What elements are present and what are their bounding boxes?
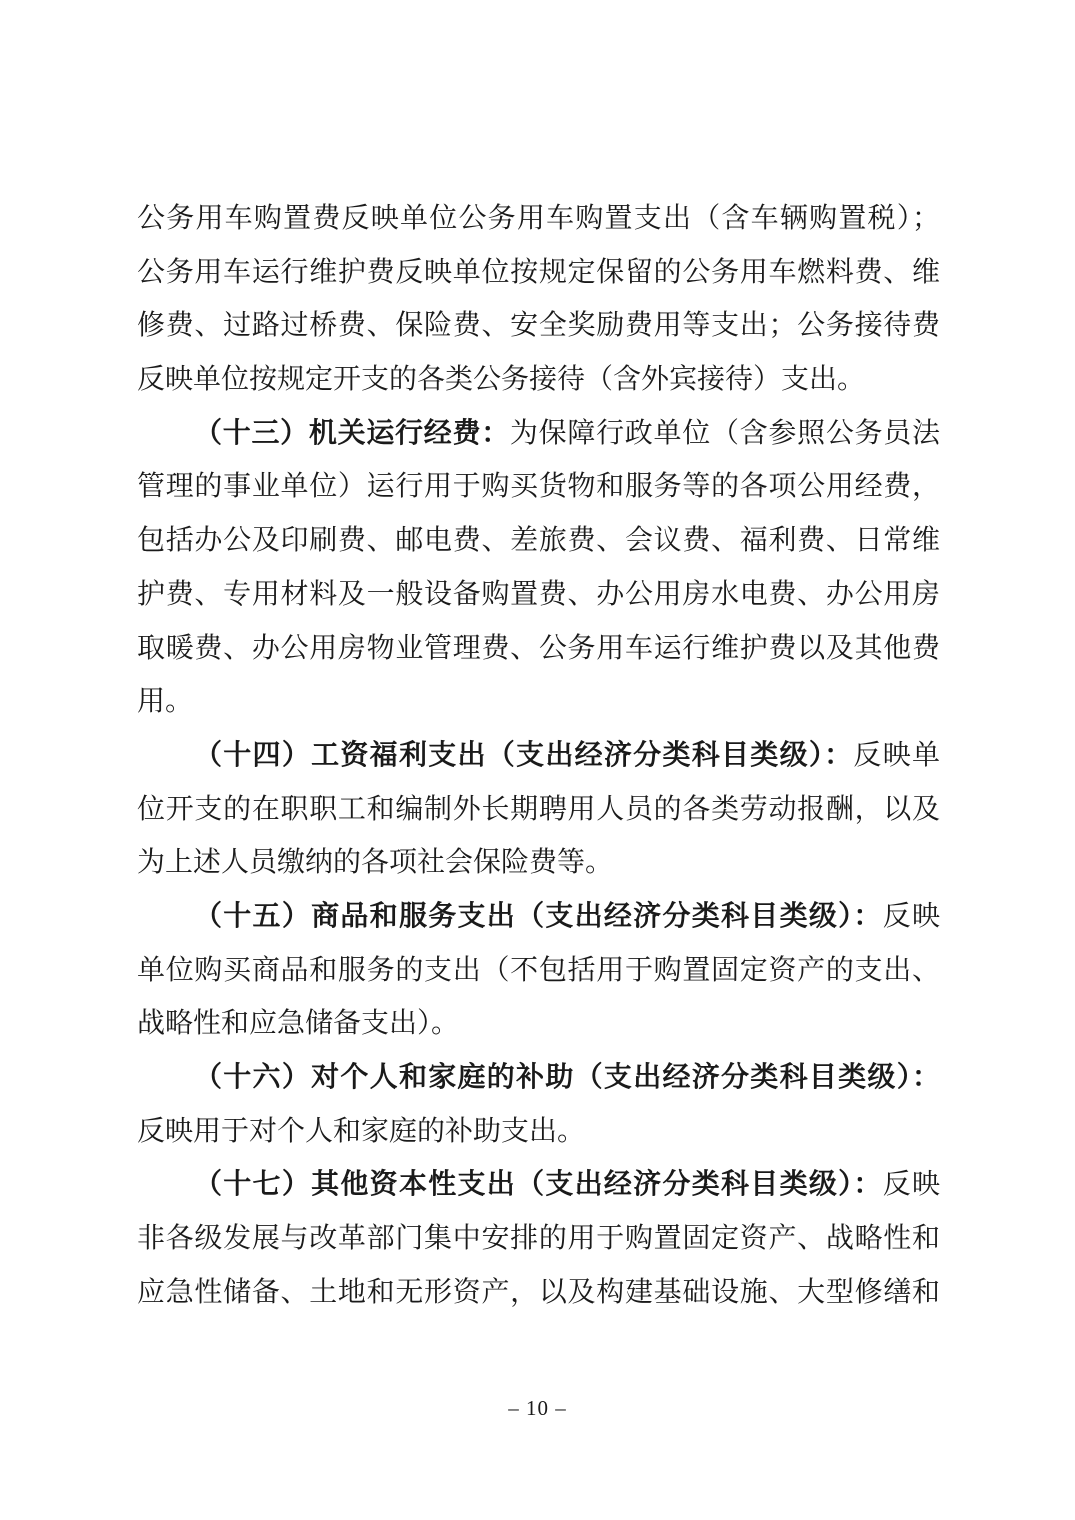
text-segment: 应急性储备、土地和无形资产，以及构建基础设施、大型修缮和 xyxy=(137,1277,940,1308)
text-line: 公务用车运行维护费反映单位按规定保留的公务用车燃料费、维 xyxy=(137,246,940,300)
text-line: 包括办公及印刷费、邮电费、差旅费、会议费、福利费、日常维 xyxy=(137,514,940,568)
heading-segment: （十七）其他资本性支出（支出经济分类科目类级）： xyxy=(194,1169,883,1200)
text-segment: 反映 xyxy=(883,1169,940,1200)
text-segment: 包括办公及印刷费、邮电费、差旅费、会议费、福利费、日常维 xyxy=(137,525,940,556)
text-line: 管理的事业单位）运行用于购买货物和服务等的各项公用经费， xyxy=(137,460,940,514)
text-segment: 护费、专用材料及一般设备购置费、办公用房水电费、办公用房 xyxy=(137,579,940,610)
text-line: （十六）对个人和家庭的补助（支出经济分类科目类级）： xyxy=(137,1051,940,1105)
text-segment: 管理的事业单位）运行用于购买货物和服务等的各项公用经费， xyxy=(137,471,940,502)
text-line: 护费、专用材料及一般设备购置费、办公用房水电费、办公用房 xyxy=(137,568,940,622)
document-body: 公务用车购置费反映单位公务用车购置支出（含车辆购置税）；公务用车运行维护费反映单… xyxy=(137,192,940,1319)
text-segment: 为保障行政单位（含参照公务员法 xyxy=(510,418,940,449)
text-segment: 非各级发展与改革部门集中安排的用于购置固定资产、战略性和 xyxy=(137,1223,940,1254)
text-segment: 单位购买商品和服务的支出（不包括用于购置固定资产的支出、 xyxy=(137,955,940,986)
text-segment: 反映单 xyxy=(853,740,940,771)
text-segment: 战略性和应急储备支出）。 xyxy=(137,1008,459,1039)
text-line: 为上述人员缴纳的各项社会保险费等。 xyxy=(137,836,940,890)
heading-segment: （十四）工资福利支出（支出经济分类科目类级）： xyxy=(194,740,853,771)
text-line: （十三）机关运行经费：为保障行政单位（含参照公务员法 xyxy=(137,407,940,461)
heading-segment: （十三）机关运行经费： xyxy=(194,418,510,449)
text-segment: 反映单位按规定开支的各类公务接待（含外宾接待）支出。 xyxy=(137,364,865,395)
text-segment: 用。 xyxy=(137,686,193,717)
text-line: （十四）工资福利支出（支出经济分类科目类级）：反映单 xyxy=(137,729,940,783)
text-line: 用。 xyxy=(137,675,940,729)
text-line: 应急性储备、土地和无形资产，以及构建基础设施、大型修缮和 xyxy=(137,1266,940,1320)
text-line: 取暖费、办公用房物业管理费、公务用车运行维护费以及其他费 xyxy=(137,622,940,676)
heading-segment: （十五）商品和服务支出（支出经济分类科目类级）： xyxy=(194,901,883,932)
heading-segment: （十六）对个人和家庭的补助（支出经济分类科目类级）： xyxy=(194,1062,940,1093)
page-number: – 10 – xyxy=(508,1396,567,1420)
text-line: 修费、过路过桥费、保险费、安全奖励费用等支出；公务接待费 xyxy=(137,299,940,353)
text-line: 反映单位按规定开支的各类公务接待（含外宾接待）支出。 xyxy=(137,353,940,407)
text-line: 单位购买商品和服务的支出（不包括用于购置固定资产的支出、 xyxy=(137,944,940,998)
text-line: （十七）其他资本性支出（支出经济分类科目类级）：反映 xyxy=(137,1158,940,1212)
text-line: 反映用于对个人和家庭的补助支出。 xyxy=(137,1105,940,1159)
page-footer: – 10 – xyxy=(0,1396,1075,1421)
text-segment: 为上述人员缴纳的各项社会保险费等。 xyxy=(137,847,613,878)
text-segment: 反映 xyxy=(883,901,940,932)
text-segment: 取暖费、办公用房物业管理费、公务用车运行维护费以及其他费 xyxy=(137,633,940,664)
text-line: 位开支的在职职工和编制外长期聘用人员的各类劳动报酬，以及 xyxy=(137,783,940,837)
text-segment: 公务用车运行维护费反映单位按规定保留的公务用车燃料费、维 xyxy=(137,257,940,288)
text-segment: 位开支的在职职工和编制外长期聘用人员的各类劳动报酬，以及 xyxy=(137,794,940,825)
text-line: （十五）商品和服务支出（支出经济分类科目类级）：反映 xyxy=(137,890,940,944)
text-segment: 公务用车购置费反映单位公务用车购置支出（含车辆购置税）； xyxy=(137,203,940,234)
text-segment: 反映用于对个人和家庭的补助支出。 xyxy=(137,1116,585,1147)
text-line: 非各级发展与改革部门集中安排的用于购置固定资产、战略性和 xyxy=(137,1212,940,1266)
text-segment: 修费、过路过桥费、保险费、安全奖励费用等支出；公务接待费 xyxy=(137,310,940,341)
document-page: 公务用车购置费反映单位公务用车购置支出（含车辆购置税）；公务用车运行维护费反映单… xyxy=(0,0,1075,1520)
text-line: 战略性和应急储备支出）。 xyxy=(137,997,940,1051)
text-line: 公务用车购置费反映单位公务用车购置支出（含车辆购置税）； xyxy=(137,192,940,246)
